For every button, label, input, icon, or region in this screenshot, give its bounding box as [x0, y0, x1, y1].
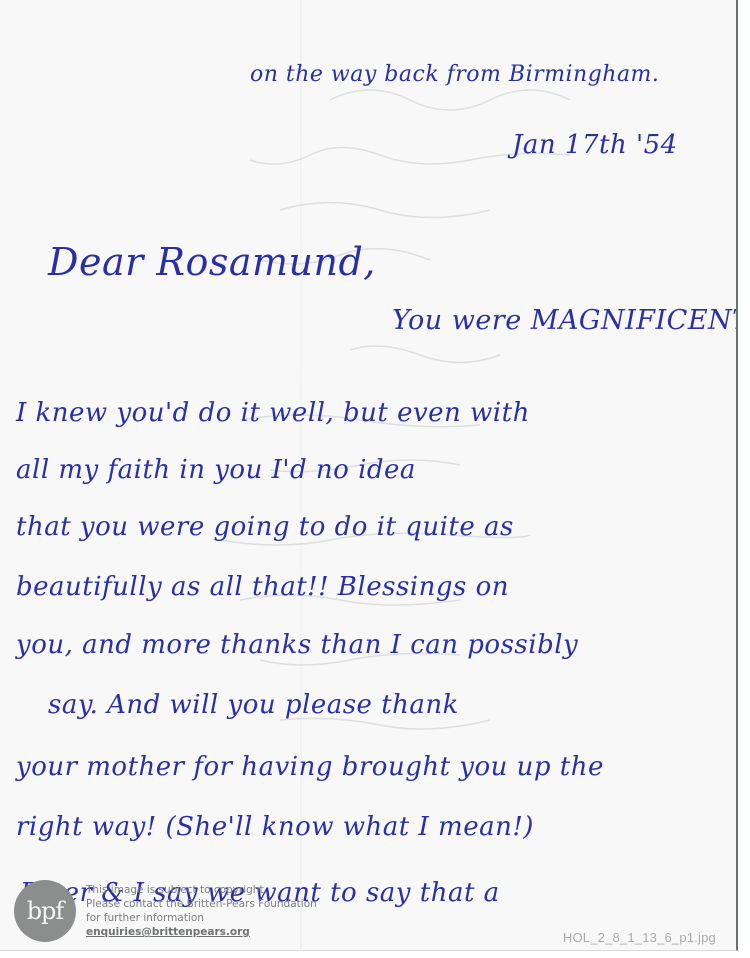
- letter-date: Jan 17th '54: [512, 130, 678, 160]
- watermark-line: for further information: [86, 911, 317, 925]
- watermark-email-link[interactable]: enquiries@brittenpears.org: [86, 925, 317, 939]
- watermark-line: Please contact the Britten-Pears Foundat…: [86, 897, 317, 911]
- letter-header-location: on the way back from Birmingham.: [250, 62, 659, 87]
- copyright-watermark: bpf This image is subject to copyright. …: [14, 880, 317, 942]
- image-filename: HOL_2_8_1_13_6_p1.jpg: [563, 930, 716, 945]
- watermark-text: This image is subject to copyright. Plea…: [86, 883, 317, 939]
- letter-body-line: your mother for having brought you up th…: [16, 752, 604, 782]
- letter-body-line: say. And will you please thank: [48, 690, 459, 720]
- letter-body-line: I knew you'd do it well, but even with: [16, 398, 530, 428]
- watermark-line: This image is subject to copyright.: [86, 883, 317, 897]
- letter-body-line: beautifully as all that!! Blessings on: [16, 572, 509, 602]
- bpf-logo: bpf: [14, 880, 76, 942]
- letter-body-line: right way! (She'll know what I mean!): [16, 812, 534, 842]
- letter-body-line: that you were going to do it quite as: [16, 512, 514, 542]
- letter-body-line: you, and more thanks than I can possibly: [16, 630, 578, 660]
- letter-greeting: Dear Rosamund,: [48, 240, 376, 284]
- letter-opening: You were MAGNIFICENT!: [392, 305, 738, 336]
- letter-page: on the way back from Birmingham. Jan 17t…: [0, 0, 738, 951]
- letter-body-line: all my faith in you I'd no idea: [16, 455, 416, 485]
